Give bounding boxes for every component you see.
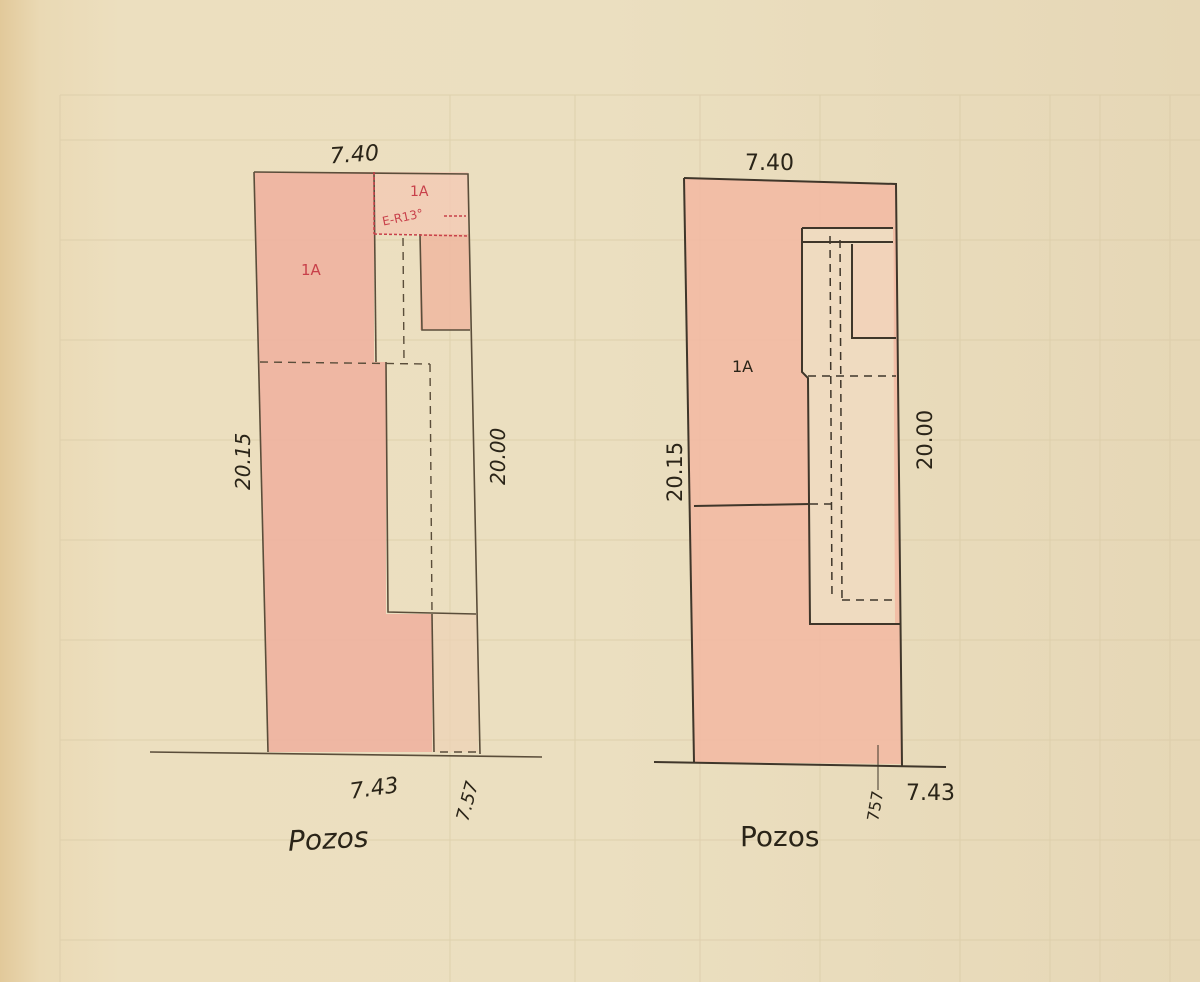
main-lot-label: 1A [732, 357, 753, 376]
bottom-small-dimension: 757 [863, 789, 887, 822]
bottom-dimension: 7.43 [906, 781, 955, 806]
right-dimension: 20.00 [486, 428, 510, 485]
inner-room-fill [852, 244, 894, 338]
plan-right: 7.40 1A 20.15 20.00 7.43 757 Pozos [654, 151, 955, 853]
street-name: Pozos [740, 820, 819, 853]
ledger-grid [60, 95, 1200, 982]
top-dimension: 7.40 [329, 141, 380, 169]
bottom-small-dimension: 7.57 [453, 779, 484, 824]
left-dimension: 20.15 [663, 442, 687, 502]
street-name: Pozos [287, 821, 369, 858]
right-dimension: 20.00 [913, 410, 937, 470]
floor-plan-drawing: 7.40 1A 1A E-R13° 20.15 20.00 7.43 7.57 … [0, 0, 1200, 982]
top-dimension: 7.40 [745, 151, 794, 176]
side-strip-fill [432, 614, 478, 752]
left-dimension: 20.15 [231, 433, 255, 490]
inner-room-fill [420, 234, 470, 330]
main-lot-label: 1A [301, 261, 322, 279]
lot-1a-fill [254, 172, 432, 752]
plan-left: 7.40 1A 1A E-R13° 20.15 20.00 7.43 7.57 … [150, 141, 542, 858]
bottom-dimension: 7.43 [348, 773, 400, 805]
corner-lot-label: 1A [410, 184, 429, 200]
